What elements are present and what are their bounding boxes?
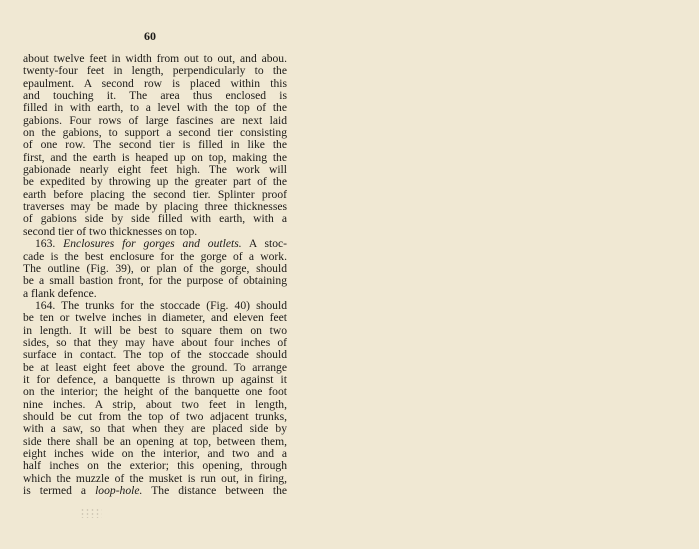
- section-heading-line-163: 163. Enclosures for gorges and outlets. …: [23, 238, 287, 250]
- text-fragment: A stoc-: [242, 237, 287, 250]
- text-line: be ten or twelve inches in diameter, and…: [23, 312, 287, 324]
- text-line: twenty-four feet in length, perpendicula…: [23, 65, 287, 77]
- book-page: 60 about twelve feet in width from out t…: [0, 0, 699, 549]
- text-line: of gabions side by side filled with eart…: [23, 213, 287, 225]
- text-fragment: The distance between the: [142, 484, 287, 497]
- italic-term: loop-hole.: [95, 484, 142, 497]
- section-number: 163.: [35, 237, 63, 250]
- text-line: of one row. The second tier is filled in…: [23, 139, 287, 151]
- scan-speckle: [80, 508, 102, 518]
- section-title: Enclosures for gorges and outlets.: [63, 237, 241, 250]
- text-line: surface in contact. The top of the stocc…: [23, 349, 287, 361]
- body-text: about twelve feet in width from out to o…: [23, 53, 287, 497]
- text-line-final: is termed a loop-hole. The distance betw…: [23, 485, 287, 497]
- text-line: with a saw, so that when they are placed…: [23, 423, 287, 435]
- text-line: half inches on the exterior; this openin…: [23, 460, 287, 472]
- text-fragment: is termed a: [23, 484, 95, 497]
- text-line: cade is the best enclosure for the gorge…: [23, 251, 287, 263]
- page-number: 60: [138, 29, 162, 44]
- text-line: filled in with earth, to a level with th…: [23, 102, 287, 114]
- text-line: be a small bastion front, for the purpos…: [23, 275, 287, 287]
- text-line: on the interior; the height of the banqu…: [23, 386, 287, 398]
- text-line: be expedited by throwing up the greater …: [23, 176, 287, 188]
